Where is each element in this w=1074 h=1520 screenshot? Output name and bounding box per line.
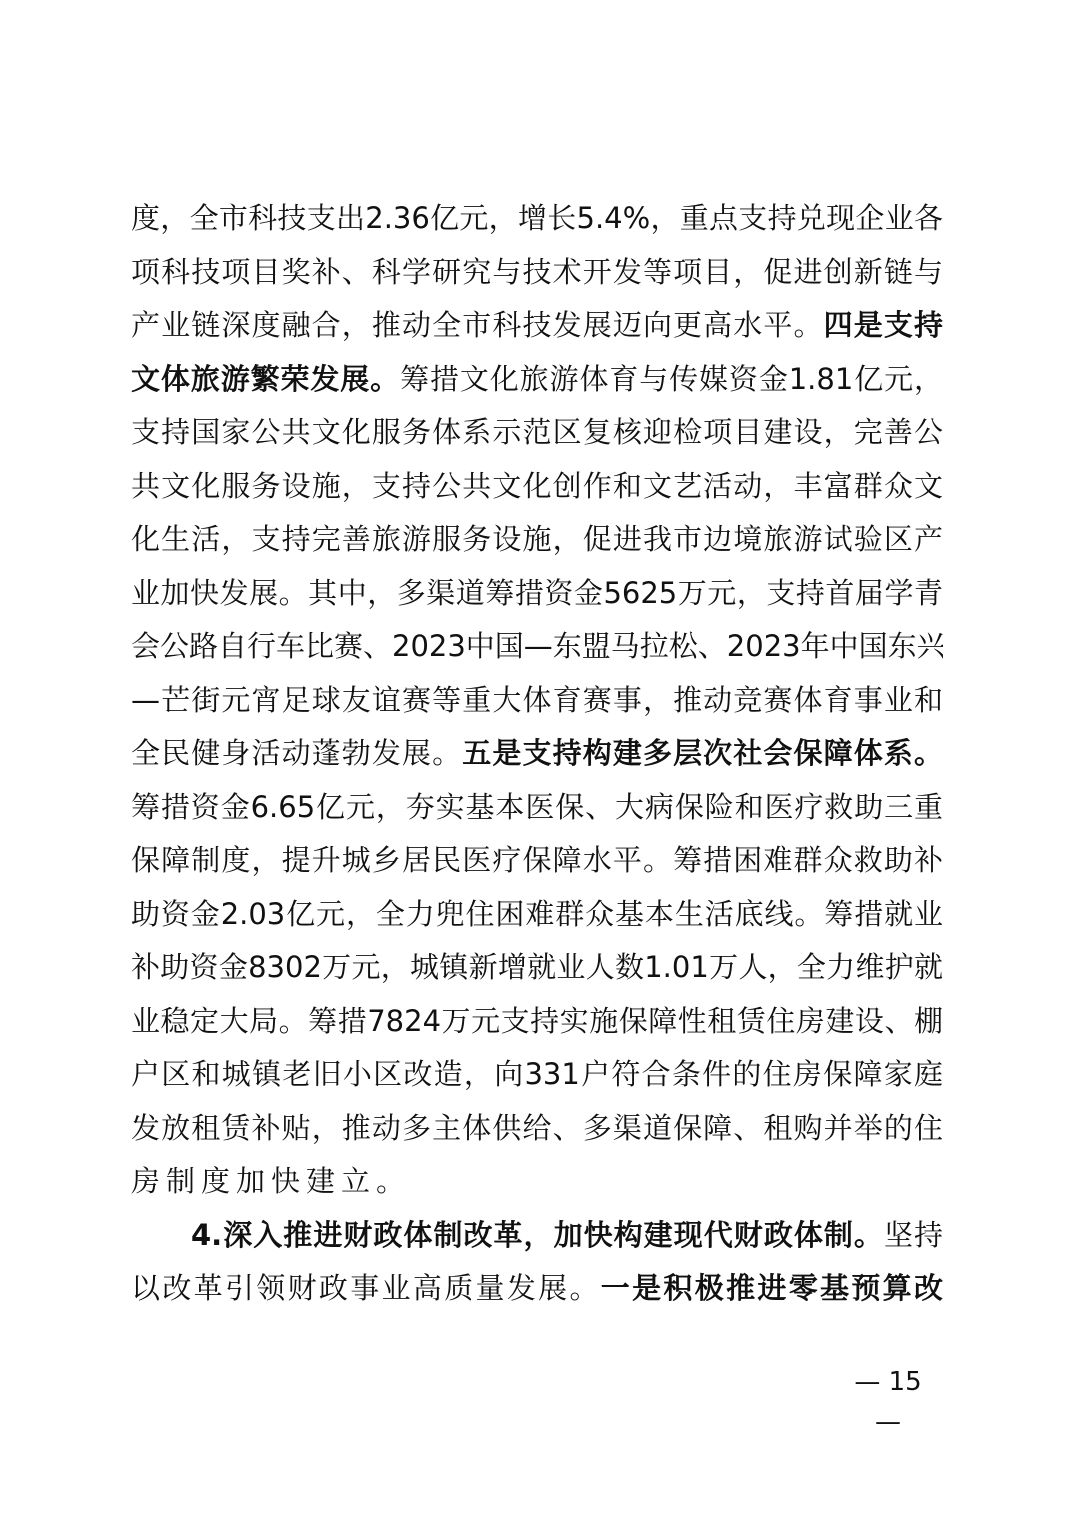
text-line: 业稳定大局。筹措7824万元支持实施保障性租赁住房建设、棚 bbox=[131, 995, 943, 1049]
text-segment: 保障制度，提升城乡居民医疗保障水平。筹措困难群众救助补 bbox=[131, 843, 943, 877]
bold-heading-segment: 五是支持构建多层次社会保障体系。 bbox=[462, 736, 943, 770]
text-segment: 支持国家公共文化服务体系示范区复核迎检项目建设，完善公 bbox=[131, 415, 943, 449]
text-segment: 房制度加快建立。 bbox=[131, 1164, 411, 1198]
text-segment: 助资金2.03亿元，全力兜住困难群众基本生活底线。筹措就业 bbox=[131, 897, 943, 931]
text-segment: 筹措文化旅游体育与传媒资金1.81亿元， bbox=[400, 362, 943, 396]
text-line: 以改革引领财政事业高质量发展。一是积极推进零基预算改 bbox=[131, 1262, 943, 1316]
text-line: 保障制度，提升城乡居民医疗保障水平。筹措困难群众救助补 bbox=[131, 834, 943, 888]
page-number: — 15 — bbox=[838, 1362, 938, 1442]
text-line: 化生活，支持完善旅游服务设施，促进我市边境旅游试验区产 bbox=[131, 513, 943, 567]
text-line: 度，全市科技支出2.36亿元，增长5.4%，重点支持兑现企业各 bbox=[131, 192, 943, 246]
bold-heading-segment: 一是积极推进零基预算改 bbox=[601, 1271, 943, 1305]
text-segment: 坚持 bbox=[884, 1218, 943, 1252]
section-heading: 4.深入推进财政体制改革，加快构建现代财政体制。 bbox=[191, 1218, 884, 1252]
text-line: 项科技项目奖补、科学研究与技术开发等项目，促进创新链与 bbox=[131, 246, 943, 300]
text-line-paragraph-end: 房制度加快建立。 bbox=[131, 1155, 943, 1209]
text-line: 业加快发展。其中，多渠道筹措资金5625万元，支持首届学青 bbox=[131, 567, 943, 621]
text-line: 全民健身活动蓬勃发展。五是支持构建多层次社会保障体系。 bbox=[131, 727, 943, 781]
text-segment: 业加快发展。其中，多渠道筹措资金5625万元，支持首届学青 bbox=[131, 576, 943, 610]
text-line: 支持国家公共文化服务体系示范区复核迎检项目建设，完善公 bbox=[131, 406, 943, 460]
text-segment: 项科技项目奖补、科学研究与技术开发等项目，促进创新链与 bbox=[131, 255, 943, 289]
text-segment: 筹措资金6.65亿元，夯实基本医保、大病保险和医疗救助三重 bbox=[131, 790, 943, 824]
bold-heading-segment: 四是支持 bbox=[824, 308, 943, 342]
text-segment: 户区和城镇老旧小区改造，向331户符合条件的住房保障家庭 bbox=[131, 1057, 943, 1091]
text-segment: —芒街元宵足球友谊赛等重大体育赛事，推动竞赛体育事业和 bbox=[131, 683, 943, 717]
text-line: 共文化服务设施，支持公共文化创作和文艺活动，丰富群众文 bbox=[131, 460, 943, 514]
document-page: 度，全市科技支出2.36亿元，增长5.4%，重点支持兑现企业各 项科技项目奖补、… bbox=[0, 0, 1074, 1520]
text-line: 补助资金8302万元，城镇新增就业人数1.01万人，全力维护就 bbox=[131, 941, 943, 995]
text-segment: 度，全市科技支出2.36亿元，增长5.4%，重点支持兑现企业各 bbox=[131, 201, 943, 235]
text-segment: 补助资金8302万元，城镇新增就业人数1.01万人，全力维护就 bbox=[131, 950, 943, 984]
text-line: —芒街元宵足球友谊赛等重大体育赛事，推动竞赛体育事业和 bbox=[131, 674, 943, 728]
text-segment: 发放租赁补贴，推动多主体供给、多渠道保障、租购并举的住 bbox=[131, 1111, 943, 1145]
text-line: 发放租赁补贴，推动多主体供给、多渠道保障、租购并举的住 bbox=[131, 1102, 943, 1156]
text-line: 助资金2.03亿元，全力兜住困难群众基本生活底线。筹措就业 bbox=[131, 888, 943, 942]
text-segment: 共文化服务设施，支持公共文化创作和文艺活动，丰富群众文 bbox=[131, 469, 943, 503]
text-line: 文体旅游繁荣发展。筹措文化旅游体育与传媒资金1.81亿元， bbox=[131, 353, 943, 407]
text-line: 筹措资金6.65亿元，夯实基本医保、大病保险和医疗救助三重 bbox=[131, 781, 943, 835]
section-heading-line: 4.深入推进财政体制改革，加快构建现代财政体制。坚持 bbox=[131, 1209, 943, 1263]
text-segment: 以改革引领财政事业高质量发展。 bbox=[131, 1271, 601, 1305]
text-segment: 会公路自行车比赛、2023中国—东盟马拉松、2023年中国东兴 bbox=[131, 629, 943, 663]
bold-heading-segment: 文体旅游繁荣发展。 bbox=[131, 362, 400, 396]
text-segment: 全民健身活动蓬勃发展。 bbox=[131, 736, 462, 770]
text-line: 产业链深度融合，推动全市科技发展迈向更高水平。四是支持 bbox=[131, 299, 943, 353]
text-segment: 产业链深度融合，推动全市科技发展迈向更高水平。 bbox=[131, 308, 824, 342]
body-text: 度，全市科技支出2.36亿元，增长5.4%，重点支持兑现企业各 项科技项目奖补、… bbox=[131, 192, 943, 1316]
text-segment: 业稳定大局。筹措7824万元支持实施保障性租赁住房建设、棚 bbox=[131, 1004, 943, 1038]
text-line: 会公路自行车比赛、2023中国—东盟马拉松、2023年中国东兴 bbox=[131, 620, 943, 674]
text-segment: 化生活，支持完善旅游服务设施，促进我市边境旅游试验区产 bbox=[131, 522, 943, 556]
text-line: 户区和城镇老旧小区改造，向331户符合条件的住房保障家庭 bbox=[131, 1048, 943, 1102]
